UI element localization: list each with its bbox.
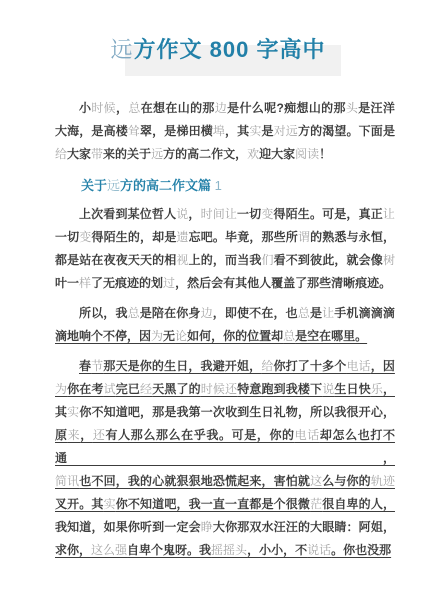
text-segment: 耸 [128,124,140,138]
text-segment: 手机滴滴滴 [334,306,395,320]
text-segment: 所以，我 [79,306,128,320]
text-segment: 头 [346,101,358,115]
text-segment: 远 [151,147,163,161]
text-segment: ， [188,207,200,221]
paragraph-body-3: 春节那天是你的生日，我避开姐，给你打了十多个电话，因为你在考试完已经天黑了的时候… [55,355,395,562]
text-segment: 总 [283,329,295,343]
text-line: 为你在考试完已经天黑了的时候还特意跑到我楼下说生日快乐， [55,378,395,401]
text-segment: 一切 [55,230,79,244]
text-segment: 乐 [371,382,383,396]
text-segment: 实 [104,497,116,511]
text-segment: 欢 [247,147,259,161]
text-segment: 时候还 [201,382,237,396]
text-segment: 小 [79,101,91,115]
text-segment: ，小小，不 [247,543,307,557]
text-segment: 我知道，如果你听到一定会 [55,520,201,534]
text-segment: 阅读 [295,147,319,161]
text-line: 一切变得陌生的，却是遗忘吧。毕竟，那些所谓的熟悉与永恒， [55,226,395,249]
text-segment: 对远 [274,124,298,138]
text-segment: 滴地响个不停，因 [55,329,151,343]
text-segment: 总 [298,306,310,320]
text-segment: 方的高二作文， [163,147,247,161]
text-segment: 1 [215,178,222,193]
text-segment: 很自卑的人， [322,497,395,511]
text-segment: ！ [319,147,331,161]
text-segment: ，即使不在，也 [213,306,298,320]
text-segment: 生日快 [334,382,370,396]
text-segment: 变 [79,230,91,244]
text-segment: 了无痕迹的划 [91,276,163,290]
text-line: 都是站在夜夜天天的相视上的，而当我们看不到彼此，就会像树 [55,249,395,272]
text-segment: 电话 [295,428,320,442]
text-segment: 天黑了的 [152,382,201,396]
text-segment: 是 [261,124,273,138]
text-segment: 边 [201,306,213,320]
essay-body: 小时候，总在想在山的那边是什么呢?痴想山的那头是汪洋大海，是高楼耸翠，是梯田横埠… [0,97,424,562]
text-segment: 你不知道吧，我一直一直都是个很微 [116,497,310,511]
text-segment: 远 [107,178,120,193]
text-segment: ，因 [371,359,395,373]
text-segment: ， [383,382,395,396]
text-segment: 睁 [201,520,213,534]
text-segment: 原 [55,428,68,442]
text-segment: 叶一 [55,276,79,290]
text-segment: 简讯 [55,474,79,488]
text-segment: 春 [79,359,91,373]
page-title: 远方作文 800 字高中 [111,36,326,65]
text-segment: 为 [151,329,163,343]
text-segment: 茫 [310,497,322,511]
text-segment: 样 [79,276,91,290]
text-segment: 这 [310,474,322,488]
text-line: 给大家带来的关于远方的高二作文，欢迎大家阅读！ [55,143,395,166]
text-segment: 为 [55,382,67,396]
text-segment: 的熟悉与永恒， [310,230,395,244]
text-line: 我知道，如果你听到一定会睁大你那双水汪汪的大眼睛：阿姐， [55,516,395,539]
text-segment: 试 [104,382,116,396]
text-segment: 节 [91,359,103,373]
text-segment: 来 [68,428,81,442]
text-segment: 轨迹 [371,474,395,488]
text-segment: 上的，而当我 [189,253,262,267]
text-segment: 电话 [346,359,370,373]
text-segment: 是什么呢?痴想山的那 [227,101,346,115]
text-segment: 总 [128,101,140,115]
text-segment: 方作文 800 字高中 [134,37,326,62]
text-segment: 其 [55,405,67,419]
text-segment: 如何，你的位置却 [187,329,283,343]
text-segment: 有人那么那么在乎我。可是，你的 [106,428,295,442]
text-segment: 们 [261,253,273,267]
paragraph-intro: 小时候，总在想在山的那边是什么呢?痴想山的那头是汪洋大海，是高楼耸翠，是梯田横埠… [55,97,395,166]
text-segment: 带 [91,147,103,161]
text-segment: 摇摇头 [211,543,247,557]
text-segment: 叉开。其 [55,497,104,511]
text-segment: ， [116,101,128,115]
text-line: 简讯也不回，我的心就狠狠地恐慌起来，害怕就这么与你的轨迹 [55,470,395,493]
text-segment: ， [80,428,93,442]
text-segment: 。你也没那 [331,543,391,557]
text-segment: 让 [383,207,395,221]
text-segment: 忘吧。毕竟，那些所 [189,230,298,244]
text-segment: 求你， [55,543,91,557]
text-segment: 还 [93,428,106,442]
text-segment: 埠 [213,124,225,138]
text-segment: 迎大家 [259,147,295,161]
text-segment: 得陌生。可是，真正 [274,207,383,221]
text-line: 滴地响个不停，因为无论如何，你的位置却总是空在哪里。 [55,325,395,348]
text-line: 原来，还有人那么那么在乎我。可是，你的电话却怎么也打不通， [55,424,395,470]
text-segment: 一切 [237,207,261,221]
section-heading: 关于远方的高二作文篇 1 [55,174,395,197]
text-segment: 树 [383,253,395,267]
text-segment: 视 [176,253,188,267]
text-segment: 在想在山的那 [141,101,215,115]
text-segment: 方的渴望。下面是 [298,124,395,138]
text-segment: 谓 [298,230,310,244]
text-segment: 让 [322,306,334,320]
text-segment: ，然后会有其他人覆盖了那些清晰痕迹。 [175,276,391,290]
text-segment: 你不知道吧，那是我第一次收到生日礼物，所以我很开心， [79,405,395,419]
text-segment: 经 [140,382,152,396]
text-segment: 说话 [307,543,331,557]
text-line: 求你，这么强自卑个鬼呀。我摇摇头，小小，不说话。你也没那 [55,539,395,562]
text-segment: 时候 [91,101,116,115]
text-segment: 给 [261,359,273,373]
text-segment: 那天是你的生日，我避开姐， [103,359,261,373]
text-segment: ，其 [225,124,249,138]
text-segment: 关于 [81,178,107,193]
text-line: 春节那天是你的生日，我避开姐，给你打了十多个电话，因 [55,355,395,378]
text-line: 叉开。其实你不知道吧，我一直一直都是个很微茫很自卑的人， [55,493,395,516]
text-line: 其实你不知道吧，那是我第一次收到生日礼物，所以我很开心， [55,401,395,424]
text-line: 所以，我总是陪在你身边，即使不在，也总是让手机滴滴滴 [55,302,395,325]
text-segment: 远 [111,37,134,62]
text-segment: 这么强 [91,543,127,557]
text-segment: 总 [128,306,140,320]
text-segment: 遗 [176,230,188,244]
text-segment: 变 [261,207,273,221]
text-segment: 时间让 [201,207,237,221]
text-segment: 是空在哪里。 [295,329,367,343]
text-segment: 边 [215,101,227,115]
text-segment: 翠，是梯田横 [140,124,213,138]
page-title-text: 远方作文 800 字高中 [111,37,326,62]
text-segment: 大你那双水汪汪的大眼睛：阿姐， [213,520,395,534]
text-line: 上次看到某位哲人说，时间让一切变得陌生。可是，真正让 [55,203,395,226]
text-segment: 实 [249,124,261,138]
text-segment: 过 [163,276,175,290]
essay-page: 远方作文 800 字高中 小时候，总在想在山的那边是什么呢?痴想山的那头是汪洋大… [0,0,424,600]
text-segment: 完已 [116,382,140,396]
text-line: 小时候，总在想在山的那边是什么呢?痴想山的那头是汪洋 [55,97,395,120]
text-segment: 方的高二作文篇 [120,178,215,193]
text-segment: 说 [176,207,188,221]
text-line: 叶一样了无痕迹的划过，然后会有其他人覆盖了那些清晰痕迹。 [55,272,395,295]
text-segment: 是 [310,306,322,320]
text-segment: 自卑个鬼呀。我 [127,543,211,557]
text-segment: 么与你的 [322,474,371,488]
paragraph-body-1: 上次看到某位哲人说，时间让一切变得陌生。可是，真正让一切变得陌生的，却是遗忘吧。… [55,203,395,295]
text-segment: 也不回，我的心就狠狠地恐慌起来，害怕就 [79,474,310,488]
text-segment: 无 [163,329,175,343]
text-segment: 实 [67,405,79,419]
text-segment: 你打了十多个 [274,359,347,373]
text-segment: 是陪在你身 [140,306,201,320]
text-line: 大海，是高楼耸翠，是梯田横埠，其实是对远方的渴望。下面是 [55,120,395,143]
text-segment: 给 [55,147,67,161]
text-segment: 大海，是高楼 [55,124,128,138]
text-segment: 是汪洋 [358,101,395,115]
text-segment: 论 [175,329,187,343]
text-segment: 来的关于 [103,147,151,161]
text-segment: 特意跑到我楼下 [237,382,322,396]
paragraph-body-2: 所以，我总是陪在你身边，即使不在，也总是让手机滴滴滴滴地响个不停，因为无论如何，… [55,302,395,348]
text-segment: 看不到彼此，就会像 [274,253,383,267]
text-segment: 上次看到某位哲人 [79,207,176,221]
title-block: 远方作文 800 字高中 [0,36,424,65]
text-segment: 说 [322,382,334,396]
text-segment: 你在考 [67,382,103,396]
text-segment: 大家 [67,147,91,161]
text-segment: 都是站在夜夜天天的相 [55,253,176,267]
text-segment: 得陌生的，却是 [91,230,176,244]
